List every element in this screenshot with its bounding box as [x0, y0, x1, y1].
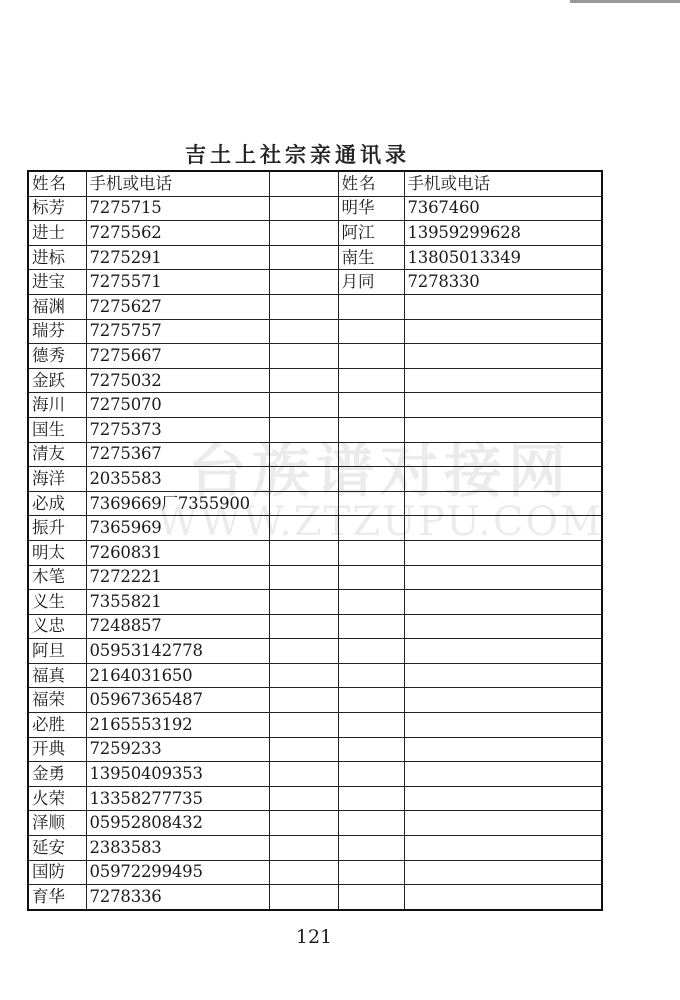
table-row: 木笔7272221 [28, 565, 602, 590]
contact-phone: 7275373 [86, 417, 269, 442]
spacer-cell [269, 762, 338, 787]
header-phone-right: 手机或电话 [404, 171, 602, 196]
table-row: 海洋2035583 [28, 467, 602, 492]
contact-name: 延安 [28, 836, 86, 861]
contact-phone [404, 368, 602, 393]
spacer-cell [269, 688, 338, 713]
contact-phone: 2383583 [86, 836, 269, 861]
contact-name [338, 860, 404, 885]
contact-name: 泽顺 [28, 811, 86, 836]
contact-name [338, 467, 404, 492]
table-row: 清友7275367 [28, 442, 602, 467]
contact-name: 国生 [28, 417, 86, 442]
contact-name [338, 836, 404, 861]
table-row: 明太7260831 [28, 540, 602, 565]
table-row: 义忠7248857 [28, 614, 602, 639]
spacer-cell [269, 319, 338, 344]
contact-phone: 2165553192 [86, 713, 269, 738]
spacer-cell [269, 196, 338, 221]
contact-name: 南生 [338, 245, 404, 270]
contact-phone: 7275627 [86, 294, 269, 319]
contact-name: 进宝 [28, 270, 86, 295]
table-row: 国防05972299495 [28, 860, 602, 885]
contact-phone: 7278336 [86, 885, 269, 910]
contact-phone [404, 811, 602, 836]
contact-name: 阿江 [338, 221, 404, 246]
table-row: 德秀7275667 [28, 344, 602, 369]
contact-phone [404, 786, 602, 811]
contact-name: 金勇 [28, 762, 86, 787]
contact-phone [404, 565, 602, 590]
spacer-cell [269, 368, 338, 393]
contact-phone: 7275367 [86, 442, 269, 467]
contact-name: 阿旦 [28, 639, 86, 664]
table-header-row: 姓名 手机或电话 姓名 手机或电话 [28, 171, 602, 196]
contact-phone [404, 614, 602, 639]
contact-name: 明华 [338, 196, 404, 221]
contact-phone: 7275571 [86, 270, 269, 295]
contact-phone [404, 467, 602, 492]
spacer-cell [269, 614, 338, 639]
table-row: 福荣05967365487 [28, 688, 602, 713]
contact-phone: 7275667 [86, 344, 269, 369]
contact-name: 福真 [28, 663, 86, 688]
table-row: 进标7275291南生13805013349 [28, 245, 602, 270]
contact-phone: 7275562 [86, 221, 269, 246]
contact-phone: 7275757 [86, 319, 269, 344]
table-row: 阿旦05953142778 [28, 639, 602, 664]
contact-name [338, 639, 404, 664]
contact-phone [404, 639, 602, 664]
contact-phone [404, 393, 602, 418]
contact-name [338, 811, 404, 836]
contact-phone: 7260831 [86, 540, 269, 565]
header-spacer [269, 171, 338, 196]
contact-name [338, 368, 404, 393]
contact-phone [404, 590, 602, 615]
contact-phone [404, 688, 602, 713]
contact-name [338, 663, 404, 688]
contact-phone [404, 860, 602, 885]
contact-phone: 05972299495 [86, 860, 269, 885]
contact-phone [404, 344, 602, 369]
spacer-cell [269, 540, 338, 565]
spacer-cell [269, 442, 338, 467]
contact-phone: 7365969 [86, 516, 269, 541]
contact-directory-table: 姓名 手机或电话 姓名 手机或电话 标芳7275715明华7367460进士72… [27, 170, 603, 911]
contact-name: 义忠 [28, 614, 86, 639]
contact-name: 福渊 [28, 294, 86, 319]
contact-name: 标芳 [28, 196, 86, 221]
contact-name: 瑞芬 [28, 319, 86, 344]
contact-name [338, 688, 404, 713]
spacer-cell [269, 565, 338, 590]
contact-phone: 2035583 [86, 467, 269, 492]
header-phone-left: 手机或电话 [86, 171, 269, 196]
contact-phone [404, 540, 602, 565]
contact-phone: 7275070 [86, 393, 269, 418]
spacer-cell [269, 590, 338, 615]
contact-name: 开典 [28, 737, 86, 762]
table-row: 标芳7275715明华7367460 [28, 196, 602, 221]
contact-name: 国防 [28, 860, 86, 885]
contact-name: 清友 [28, 442, 86, 467]
table-row: 义生7355821 [28, 590, 602, 615]
contact-phone: 7369669厂7355900 [86, 491, 269, 516]
table-row: 必成7369669厂7355900 [28, 491, 602, 516]
spacer-cell [269, 393, 338, 418]
table-row: 国生7275373 [28, 417, 602, 442]
contact-name [338, 491, 404, 516]
contact-name [338, 762, 404, 787]
page-title: 吉土上社宗亲通讯录 [185, 141, 455, 169]
contact-phone [404, 836, 602, 861]
contact-phone: 7275715 [86, 196, 269, 221]
contact-phone: 13358277735 [86, 786, 269, 811]
table-row: 金勇13950409353 [28, 762, 602, 787]
contact-name: 必胜 [28, 713, 86, 738]
contact-phone: 2164031650 [86, 663, 269, 688]
spacer-cell [269, 294, 338, 319]
header-name-left: 姓名 [28, 171, 86, 196]
table-row: 福真2164031650 [28, 663, 602, 688]
contact-phone: 7355821 [86, 590, 269, 615]
contact-phone: 7367460 [404, 196, 602, 221]
table-row: 福渊7275627 [28, 294, 602, 319]
spacer-cell [269, 860, 338, 885]
spacer-cell [269, 639, 338, 664]
contact-name: 月同 [338, 270, 404, 295]
contact-name [338, 442, 404, 467]
contact-phone: 7259233 [86, 737, 269, 762]
spacer-cell [269, 663, 338, 688]
contact-name [338, 786, 404, 811]
table-row: 进宝7275571月同7278330 [28, 270, 602, 295]
table-row: 金跃7275032 [28, 368, 602, 393]
scan-edge-mark [570, 0, 680, 3]
contact-phone [404, 319, 602, 344]
spacer-cell [269, 344, 338, 369]
contact-phone: 7272221 [86, 565, 269, 590]
contact-name: 明太 [28, 540, 86, 565]
spacer-cell [269, 786, 338, 811]
table-row: 火荣13358277735 [28, 786, 602, 811]
contact-name [338, 713, 404, 738]
table-row: 泽顺05952808432 [28, 811, 602, 836]
contact-name [338, 614, 404, 639]
spacer-cell [269, 737, 338, 762]
table-row: 开典7259233 [28, 737, 602, 762]
contact-phone: 7278330 [404, 270, 602, 295]
spacer-cell [269, 221, 338, 246]
contact-name [338, 393, 404, 418]
contact-phone: 13959299628 [404, 221, 602, 246]
spacer-cell [269, 245, 338, 270]
contact-name: 金跃 [28, 368, 86, 393]
spacer-cell [269, 491, 338, 516]
contact-name: 海川 [28, 393, 86, 418]
table-row: 必胜2165553192 [28, 713, 602, 738]
contact-name: 木笔 [28, 565, 86, 590]
table-row: 瑞芬7275757 [28, 319, 602, 344]
contact-name [338, 540, 404, 565]
page-number: 121 [0, 926, 628, 948]
contact-name: 海洋 [28, 467, 86, 492]
contact-name [338, 590, 404, 615]
contact-name [338, 417, 404, 442]
contact-name: 福荣 [28, 688, 86, 713]
contact-phone [404, 885, 602, 910]
contact-phone [404, 417, 602, 442]
contact-phone [404, 294, 602, 319]
contact-phone: 7248857 [86, 614, 269, 639]
contact-name: 振升 [28, 516, 86, 541]
contact-phone: 13950409353 [86, 762, 269, 787]
contact-name [338, 565, 404, 590]
contact-phone [404, 516, 602, 541]
contact-phone: 05953142778 [86, 639, 269, 664]
contact-phone: 7275291 [86, 245, 269, 270]
table-row: 振升7365969 [28, 516, 602, 541]
contact-phone [404, 491, 602, 516]
contact-name: 进标 [28, 245, 86, 270]
contact-name [338, 344, 404, 369]
spacer-cell [269, 467, 338, 492]
contact-phone [404, 713, 602, 738]
contact-name: 必成 [28, 491, 86, 516]
spacer-cell [269, 713, 338, 738]
contact-phone [404, 737, 602, 762]
contact-name: 义生 [28, 590, 86, 615]
contact-name [338, 319, 404, 344]
contact-phone: 7275032 [86, 368, 269, 393]
spacer-cell [269, 836, 338, 861]
contact-name: 育华 [28, 885, 86, 910]
contact-name [338, 294, 404, 319]
contact-name: 火荣 [28, 786, 86, 811]
contact-name [338, 737, 404, 762]
spacer-cell [269, 516, 338, 541]
contact-phone [404, 442, 602, 467]
contact-phone [404, 762, 602, 787]
table-row: 海川7275070 [28, 393, 602, 418]
contact-phone: 13805013349 [404, 245, 602, 270]
spacer-cell [269, 885, 338, 910]
contact-phone [404, 663, 602, 688]
contact-name: 进士 [28, 221, 86, 246]
table-row: 育华7278336 [28, 885, 602, 910]
table-row: 进士7275562阿江13959299628 [28, 221, 602, 246]
spacer-cell [269, 270, 338, 295]
header-name-right: 姓名 [338, 171, 404, 196]
spacer-cell [269, 811, 338, 836]
contact-phone: 05967365487 [86, 688, 269, 713]
contact-name [338, 516, 404, 541]
contact-name [338, 885, 404, 910]
contact-name: 德秀 [28, 344, 86, 369]
spacer-cell [269, 417, 338, 442]
contact-phone: 05952808432 [86, 811, 269, 836]
table-row: 延安2383583 [28, 836, 602, 861]
